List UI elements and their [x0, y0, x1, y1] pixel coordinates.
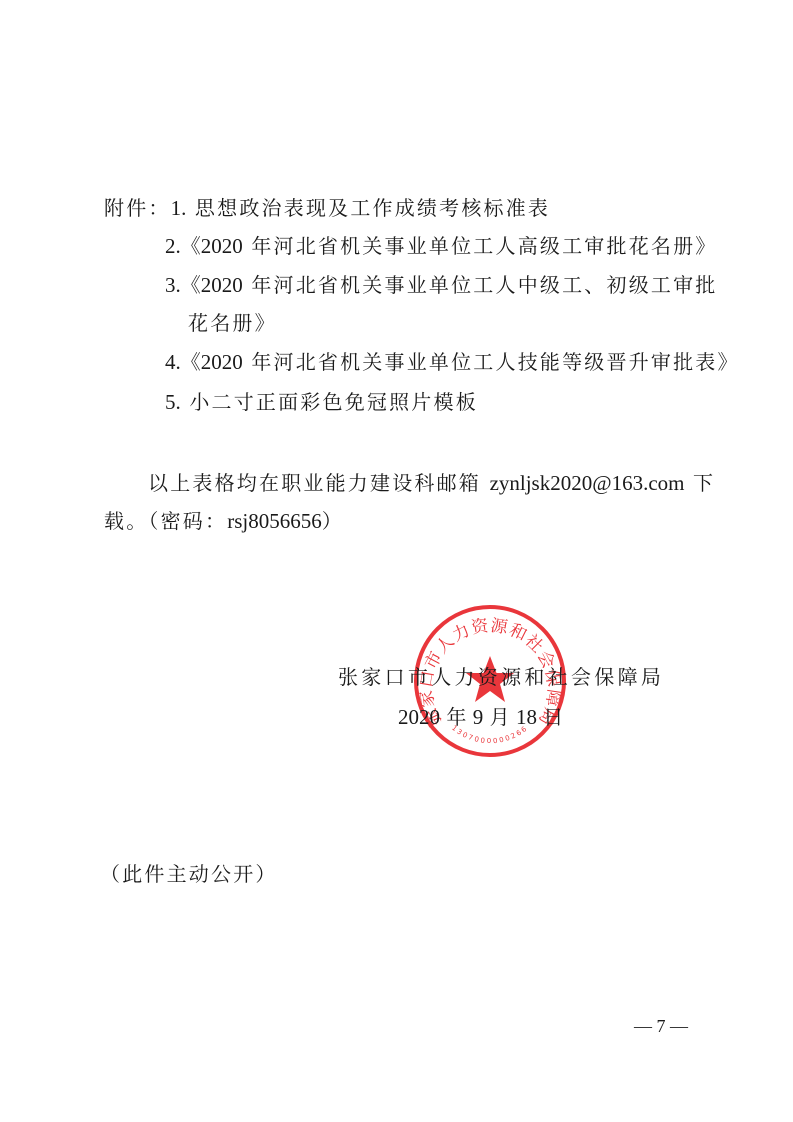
attachment-title: 小二寸正面彩色免冠照片模板: [189, 390, 478, 414]
attachment-title: 年河北省机关事业单位工人高级工审批花名册》: [251, 234, 717, 258]
attachment-title: 年河北省机关事业单位工人中级工、初级工审批: [251, 273, 717, 297]
attachment-bracket-open: 《: [181, 273, 201, 297]
attachment-title: 思想政治表现及工作成绩考核标准表: [195, 196, 550, 220]
date-day-unit: 日: [543, 705, 563, 729]
attachment-number: 3.: [165, 273, 181, 297]
date-month: 9: [473, 705, 484, 729]
date-year-unit: 年: [446, 705, 466, 729]
download-note-text-suffix: 下: [693, 471, 715, 495]
download-note-line-2: 载。（密码：rsj8056656）: [104, 509, 344, 533]
page-number: — 7 —: [634, 1016, 688, 1037]
date-month-unit: 月: [490, 705, 510, 729]
attachment-number: 5.: [165, 390, 181, 414]
attachment-bracket-open: 《: [181, 234, 201, 258]
disclosure-note: （此件主动公开）: [100, 862, 278, 886]
email-address[interactable]: zynljsk2020@163.com: [490, 471, 685, 495]
signature-date: 2020 年 9 月 18 日: [398, 705, 563, 729]
attachment-line-5: 5. 小二寸正面彩色免冠照片模板: [165, 390, 478, 414]
download-note-text: 载。（密码：: [104, 509, 227, 533]
signature-organization: 张家口市人力资源和社会保障局: [338, 665, 664, 689]
attachment-number: 1.: [171, 196, 187, 220]
attachment-year: 2020: [201, 234, 243, 258]
download-note-text: 以上表格均在职业能力建设科邮箱: [148, 471, 481, 495]
date-year: 2020: [398, 705, 440, 729]
attachment-line-3: 3.《2020 年河北省机关事业单位工人中级工、初级工审批: [165, 273, 718, 297]
attachment-line-4: 4.《2020 年河北省机关事业单位工人技能等级晋升审批表》: [165, 350, 740, 374]
attachment-bracket-open: 《: [181, 350, 201, 374]
date-day: 18: [516, 705, 537, 729]
attachments-label: 附件：: [104, 196, 171, 220]
attachment-number: 2.: [165, 234, 181, 258]
download-note-close: ）: [322, 509, 344, 533]
download-note-line-1: 以上表格均在职业能力建设科邮箱 zynljsk2020@163.com 下: [148, 471, 715, 495]
password-value: rsj8056656: [227, 509, 322, 533]
attachment-line-1: 附件：1. 思想政治表现及工作成绩考核标准表: [104, 196, 550, 220]
attachment-year: 2020: [201, 350, 243, 374]
attachment-number: 4.: [165, 350, 181, 374]
attachment-year: 2020: [201, 273, 243, 297]
attachment-title-continuation: 花名册》: [188, 311, 277, 335]
attachment-title: 年河北省机关事业单位工人技能等级晋升审批表》: [251, 350, 739, 374]
attachment-line-2: 2.《2020 年河北省机关事业单位工人高级工审批花名册》: [165, 234, 718, 258]
attachment-line-3-continuation: 花名册》: [188, 311, 277, 335]
